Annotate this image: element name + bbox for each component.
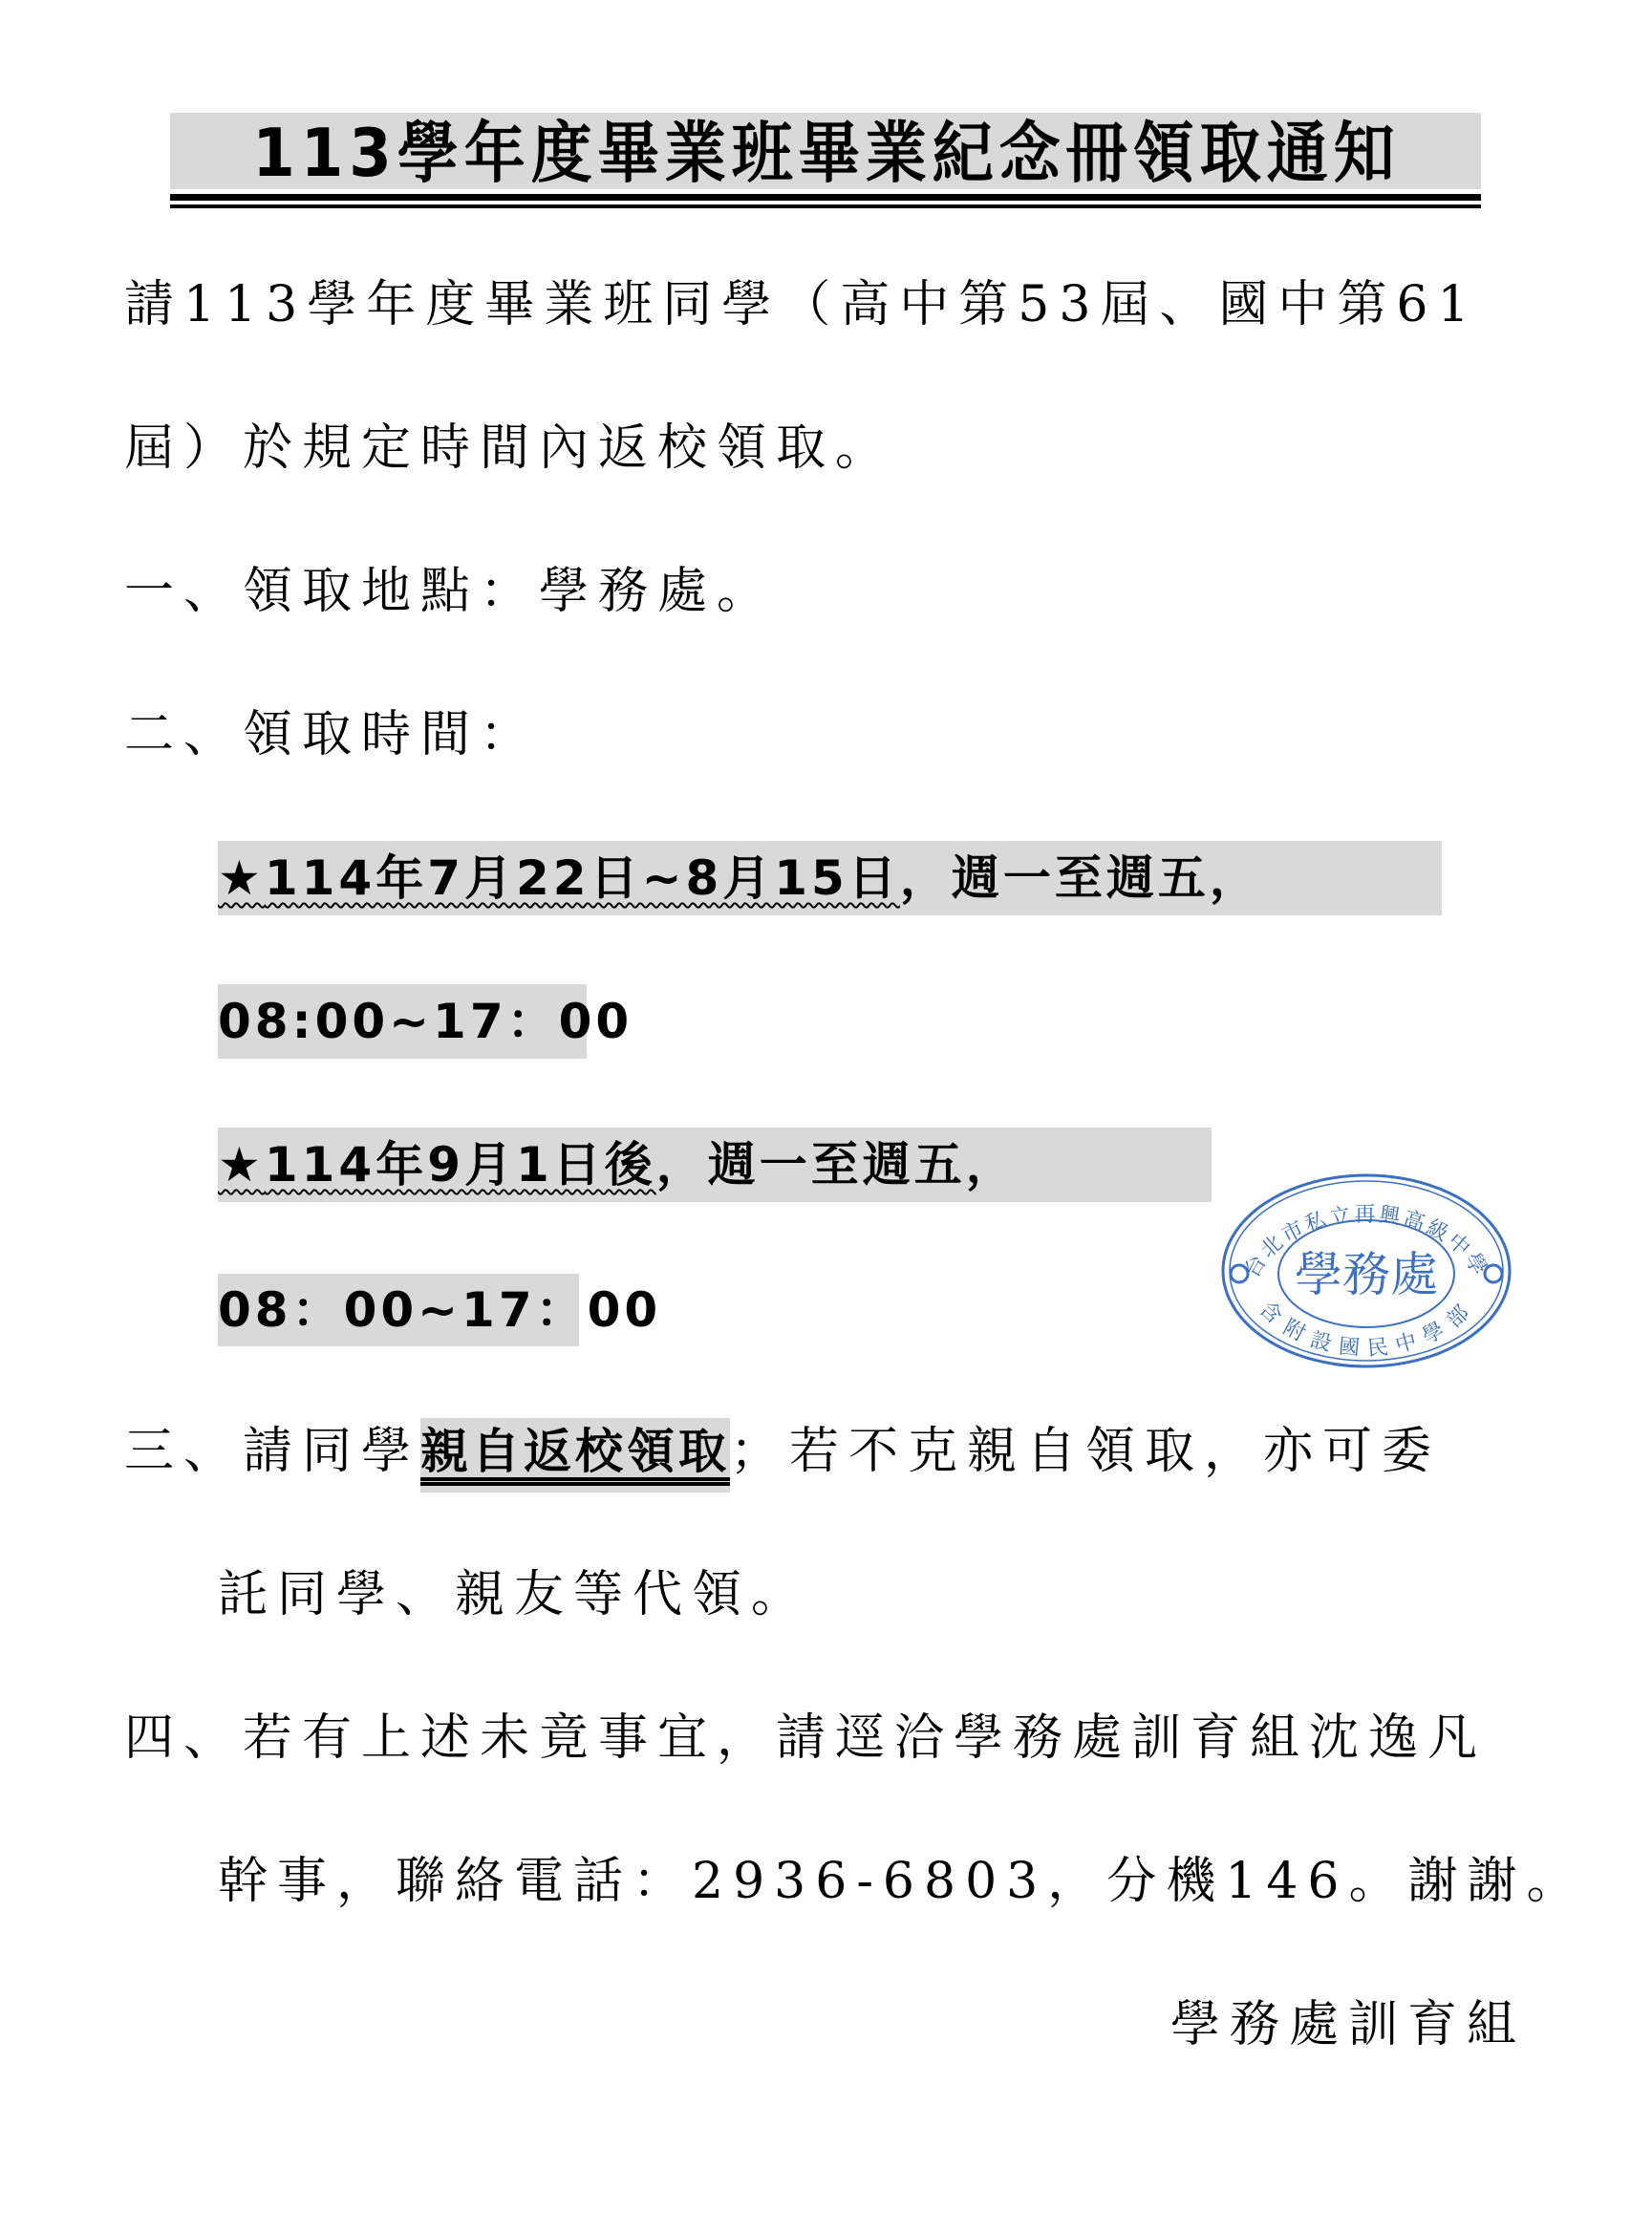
item-label: 領取地點： xyxy=(243,563,539,620)
item-value: 學務處。 xyxy=(539,563,776,620)
emphasis-pickup-in-person: 親自返校領取 xyxy=(420,1418,730,1493)
item-contact: 四、若有上述未竟事宜，請逕洽學務處訓育組沈逸凡 xyxy=(124,1708,1487,1769)
star-icon: ★ xyxy=(218,850,265,906)
item-time: 二、領取時間： xyxy=(124,704,539,765)
title-underline-thick xyxy=(170,194,1481,201)
schedule-1-date-range: ★114年7月22日~8月15日 xyxy=(218,850,900,906)
page-title: 113學年度畢業班畢業紀念冊領取通知 xyxy=(172,113,1481,195)
title-underline-thin xyxy=(170,204,1481,208)
item-marker: 三、 xyxy=(124,1423,243,1480)
schedule-2-date: ★114年9月1日後 xyxy=(218,1137,656,1193)
item-marker: 二、 xyxy=(124,706,243,763)
intro-line-1: 請113學年度畢業班同學（高中第53屆、國中第61 xyxy=(124,274,1479,335)
schedule-1-days: ，週一至週五， xyxy=(900,850,1261,906)
item-marker: 四、 xyxy=(124,1709,243,1767)
item-location: 一、領取地點：學務處。 xyxy=(124,561,776,622)
schedule-2-hours: 08：00~17：00 xyxy=(218,1279,661,1341)
office-seal-stamp: 台北市私立再興高級中學 含附設國民中學部 學務處 xyxy=(1218,1171,1514,1371)
item-contact-line-2: 幹事，聯絡電話：2936-6803，分機146。謝謝。 xyxy=(218,1851,1586,1912)
plum-blossom-icon xyxy=(1231,1265,1248,1282)
star-icon: ★ xyxy=(218,1137,265,1193)
plum-blossom-icon xyxy=(1485,1265,1502,1282)
schedule-2-dates: ★114年9月1日後，週一至週五， xyxy=(218,1134,1018,1195)
item-pickup-instructions: 三、請同學親自返校領取；若不克親自領取，亦可委 xyxy=(124,1421,1441,1482)
schedule-2-days: ，週一至週五， xyxy=(656,1137,1018,1193)
signature: 學務處訓育組 xyxy=(1170,1994,1526,2055)
stamp-center-text: 學務處 xyxy=(1295,1247,1438,1302)
intro-line-2: 屆）於規定時間內返校領取。 xyxy=(124,418,894,479)
item-marker: 一、 xyxy=(124,563,243,620)
item-pickup-line-2: 託同學、親友等代領。 xyxy=(218,1564,810,1625)
schedule-1-dates: ★114年7月22日~8月15日，週一至週五， xyxy=(218,848,1261,909)
item-label: 領取時間： xyxy=(243,706,539,763)
schedule-1-hours: 08:00~17：00 xyxy=(218,991,633,1052)
